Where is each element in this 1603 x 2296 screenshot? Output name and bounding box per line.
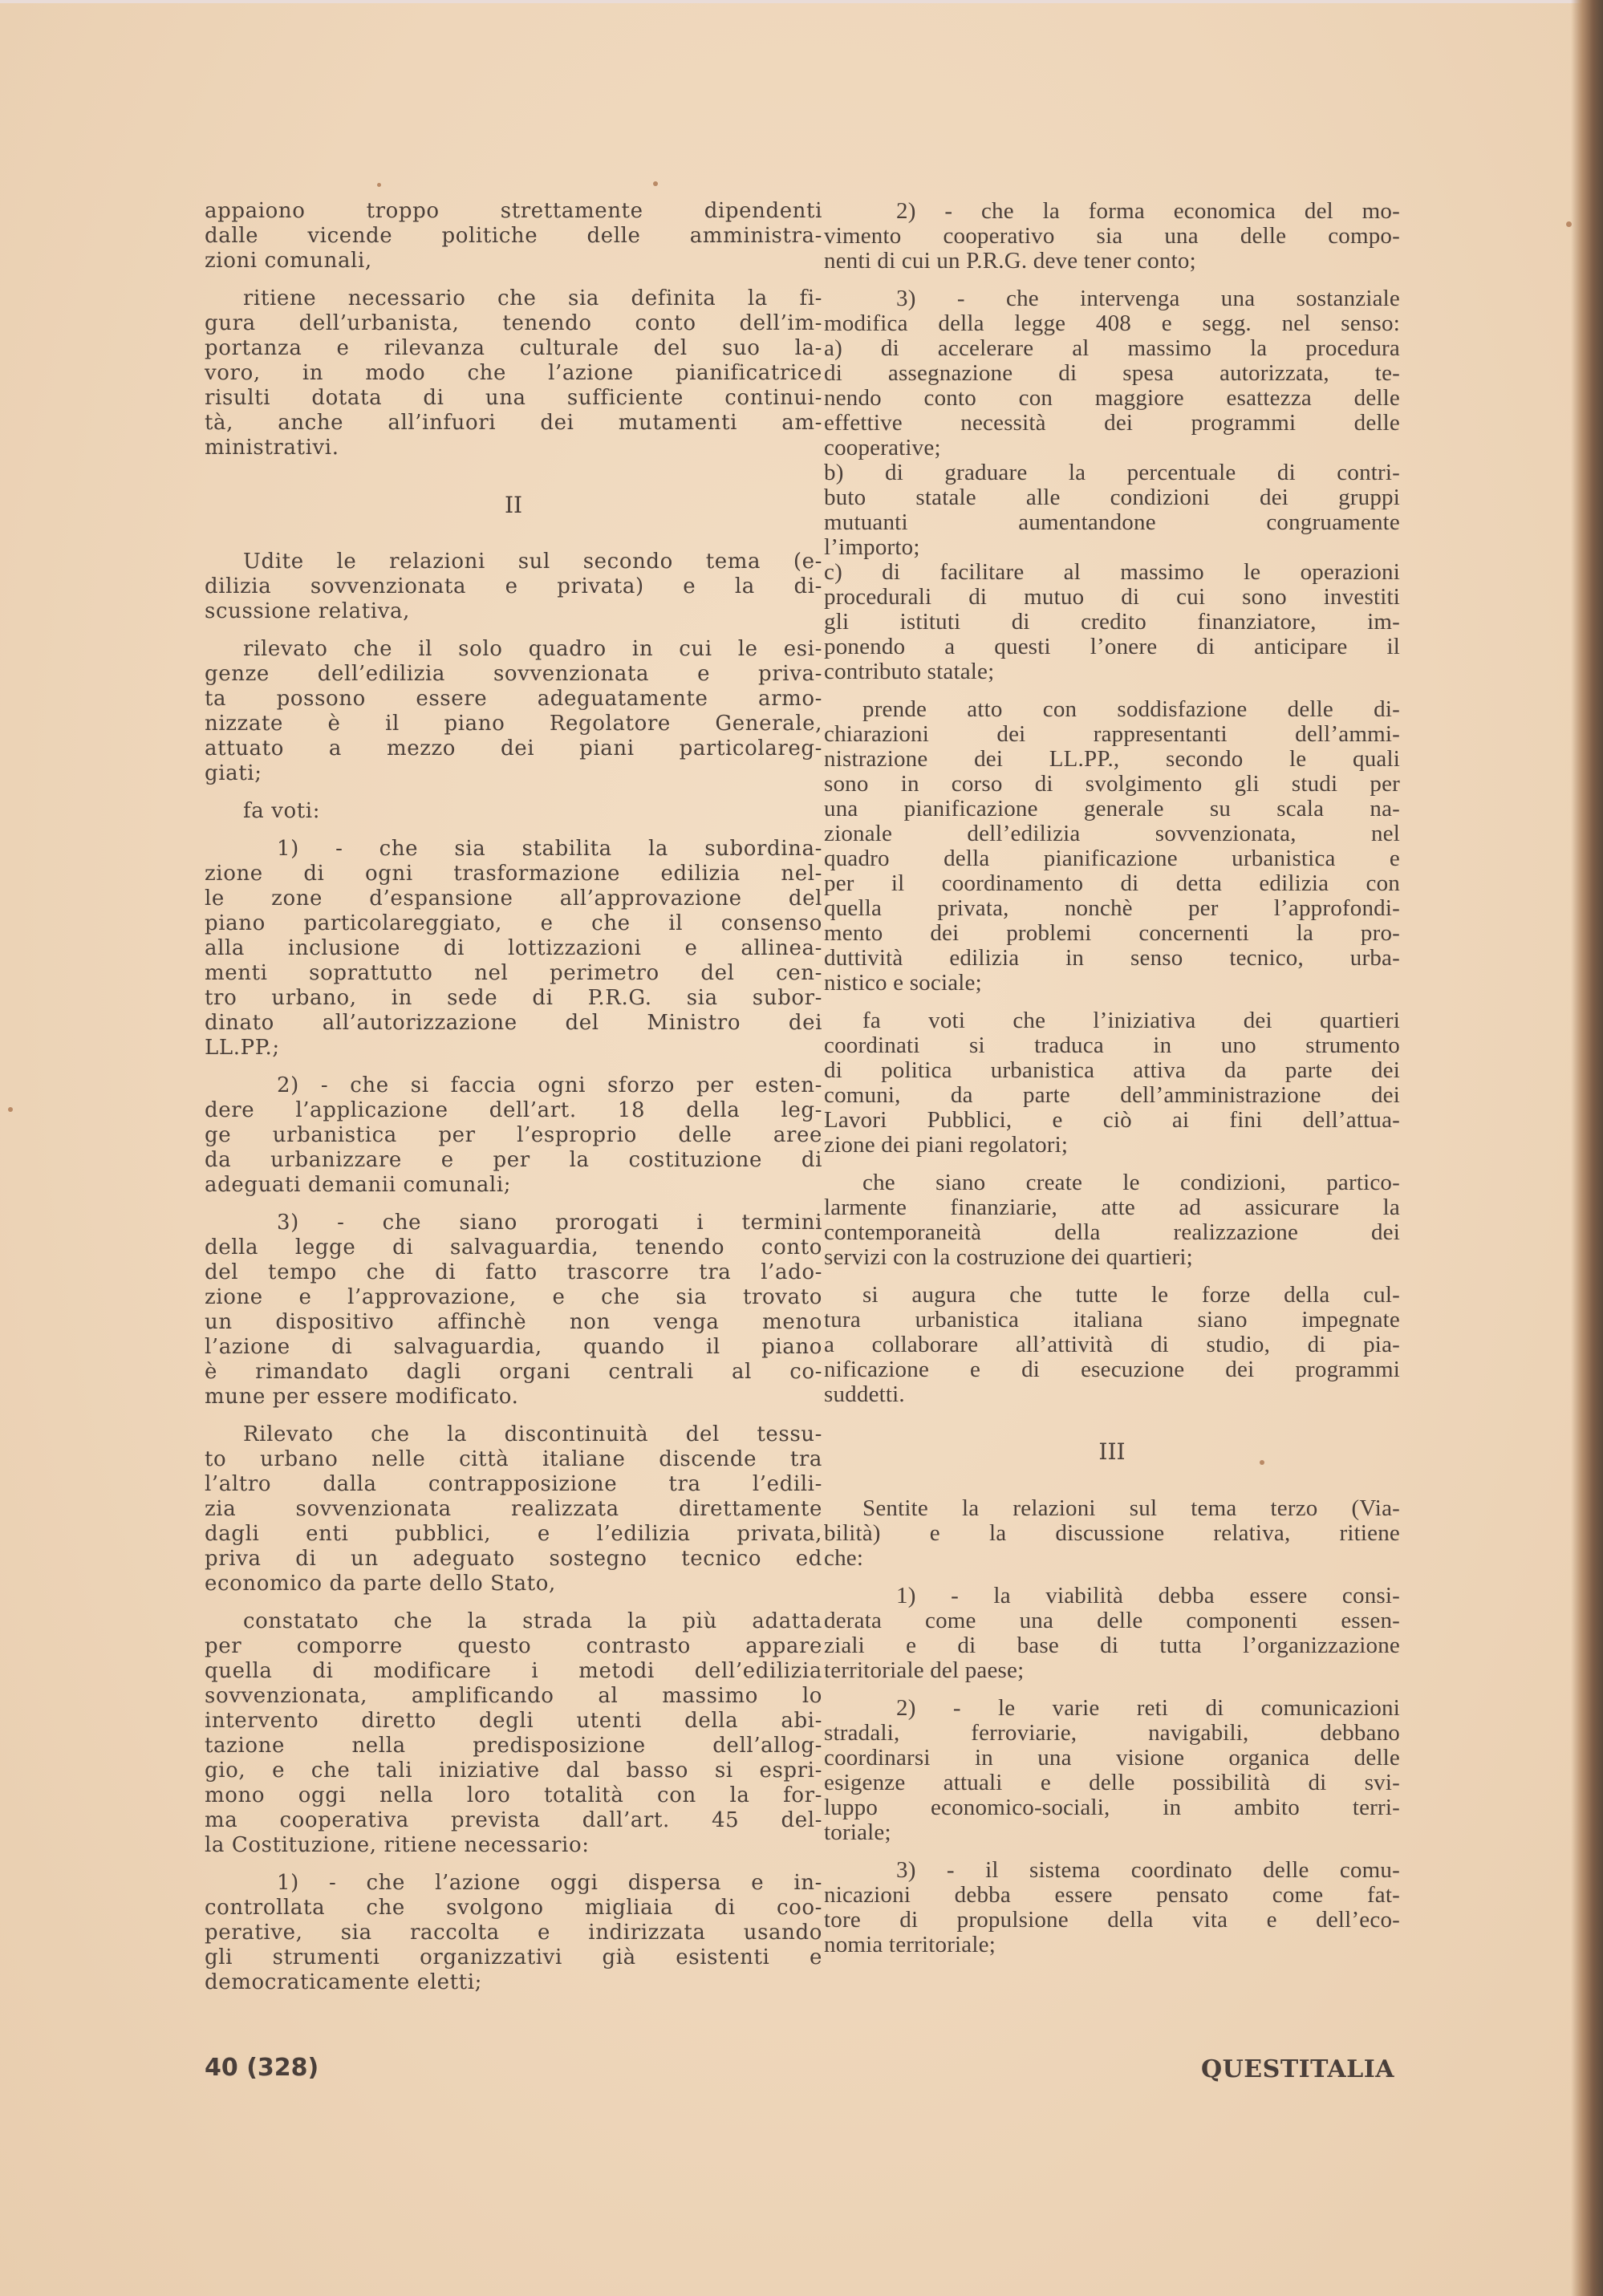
text-line: nenti di cui un P.R.G. deve tener conto; — [824, 249, 1400, 274]
text-line: a collaborare all’attività di studio, di… — [824, 1333, 1400, 1357]
text-line: dalle vicende politiche delle amministra… — [205, 224, 822, 249]
text-line: cooperative; — [824, 436, 1400, 460]
block-spacer — [824, 996, 1400, 1008]
text-line: mune per essere modificato. — [205, 1385, 822, 1410]
text-line: 2) - che si faccia ogni sforzo per esten… — [205, 1073, 822, 1098]
text-line: 3) - che intervenga una sostanziale — [824, 286, 1400, 311]
numbered-item: 1) - la viabilità debba essere consi-der… — [824, 1584, 1400, 1683]
text-line: 2) - che la forma economica del mo- — [824, 199, 1400, 224]
text-line: che siano create le condizioni, partico- — [824, 1170, 1400, 1195]
text-line: zioni comunali, — [205, 249, 822, 274]
block-spacer — [824, 1571, 1400, 1584]
text-line: fa voti: — [205, 799, 822, 824]
text-line: servizi con la costruzione dei quartieri… — [824, 1245, 1400, 1270]
text-line: gli istituti di credito finanziatore, im… — [824, 610, 1400, 635]
text-line: luppo economico-sociali, in ambito terri… — [824, 1795, 1400, 1820]
text-line: a) di accelerare al massimo la procedura — [824, 336, 1400, 361]
text-line: della legge di salvaguardia, tenendo con… — [205, 1235, 822, 1260]
text-line: dere l’applicazione dell’art. 18 della l… — [205, 1098, 822, 1123]
paper-speck — [8, 1107, 13, 1112]
text-line: gura dell’urbanista, tenendo conto dell’… — [205, 311, 822, 336]
text-line: ponendo a questi l’onere di anticipare i… — [824, 635, 1400, 659]
section-heading: III — [824, 1439, 1400, 1464]
paragraph: rilevato che il solo quadro in cui le es… — [205, 637, 822, 786]
paper-speck — [653, 181, 658, 186]
paragraph: Udite le relazioni sul secondo tema (e-d… — [205, 550, 822, 624]
text-line: gio, e che tali iniziative dal basso si … — [205, 1759, 822, 1783]
text-line: zione dei piani regolatori; — [824, 1133, 1400, 1158]
section-heading: II — [205, 493, 822, 517]
numbered-item: 2) - che si faccia ogni sforzo per esten… — [205, 1073, 822, 1198]
text-line: zionale dell’edilizia sovvenzionata, nel — [824, 821, 1400, 846]
text-line: appaiono troppo strettamente dipendenti — [205, 199, 822, 224]
text-line: c) di facilitare al massimo le operazion… — [824, 560, 1400, 585]
text-line: dagli enti pubblici, e l’edilizia privat… — [205, 1522, 822, 1547]
paragraph: fa voti: — [205, 799, 822, 824]
text-line: si augura che tutte le forze della cul- — [824, 1283, 1400, 1308]
text-line: 3) - il sistema coordinato delle comu- — [824, 1858, 1400, 1883]
text-line: nistrazione dei LL.PP., secondo le quali — [824, 747, 1400, 772]
block-spacer — [205, 1198, 822, 1211]
block-spacer — [824, 1845, 1400, 1858]
page-number: 40 (328) — [205, 2054, 319, 2082]
page-top-edge — [0, 0, 1603, 3]
paragraph: appaiono troppo strettamente dipendentid… — [205, 199, 822, 274]
block-spacer — [824, 1464, 1400, 1496]
right-text-column: 2) - che la forma economica del mo-vimen… — [824, 199, 1400, 1957]
text-line: ge urbanistica per l’esproprio delle are… — [205, 1123, 822, 1148]
text-line: di assegnazione di spesa autorizzata, te… — [824, 361, 1400, 386]
text-line: coordinarsi in una visione organica dell… — [824, 1746, 1400, 1771]
text-line: economico da parte dello Stato, — [205, 1572, 822, 1596]
text-line: scussione relativa, — [205, 599, 822, 624]
block-spacer — [205, 824, 822, 837]
text-line: b) di graduare la percentuale di contri- — [824, 460, 1400, 485]
text-line: che: — [824, 1546, 1400, 1571]
text-line: derata come una delle componenti essen- — [824, 1608, 1400, 1633]
text-line: buto statale alle condizioni dei gruppi — [824, 485, 1400, 510]
text-line: mutuanti aumentandone congruamente — [824, 510, 1400, 535]
text-line: mono oggi nella loro totalità con la for… — [205, 1783, 822, 1808]
text-line: LL.PP.; — [205, 1036, 822, 1061]
paragraph: constatato che la strada la più adattape… — [205, 1609, 822, 1858]
text-line: territoriale del paese; — [824, 1658, 1400, 1683]
text-line: adeguati demanii comunali; — [205, 1173, 822, 1198]
text-line: di politica urbanistica attiva da parte … — [824, 1058, 1400, 1083]
text-line: tore di propulsione della vita e dell’ec… — [824, 1908, 1400, 1933]
text-line: un dispositivo affinchè non venga meno — [205, 1310, 822, 1335]
text-line: ma cooperativa prevista dall’art. 45 del… — [205, 1808, 822, 1833]
block-spacer — [824, 1270, 1400, 1283]
paper-speck — [1260, 1460, 1264, 1465]
block-spacer — [824, 1683, 1400, 1696]
text-line: l’altro dalla contrapposizione tra l’edi… — [205, 1472, 822, 1497]
block-spacer — [205, 460, 822, 493]
text-line: nistico e sociale; — [824, 971, 1400, 996]
numbered-item: 2) - che la forma economica del mo-vimen… — [824, 199, 1400, 274]
text-line: attuato a mezzo dei piani particolareg- — [205, 736, 822, 761]
text-line: ta possono essere adeguatamente armo- — [205, 687, 822, 712]
text-line: quadro della pianificazione urbanistica … — [824, 846, 1400, 871]
paragraph: Rilevato che la discontinuità del tessu-… — [205, 1422, 822, 1596]
text-line: giati; — [205, 761, 822, 786]
text-line: zione di ogni trasformazione edilizia ne… — [205, 862, 822, 886]
text-line: l’azione di salvaguardia, quando il pian… — [205, 1335, 822, 1360]
block-spacer — [205, 1858, 822, 1871]
block-spacer — [205, 786, 822, 799]
text-line: zione e l’approvazione, e che sia trovat… — [205, 1285, 822, 1310]
text-line: sovvenzionata, amplificando al massimo l… — [205, 1684, 822, 1709]
text-line: piano particolareggiato, e che il consen… — [205, 911, 822, 936]
text-line: nicazioni debba essere pensato come fat- — [824, 1883, 1400, 1908]
text-line: vimento cooperativo sia una delle compo- — [824, 224, 1400, 249]
text-line: fa voti che l’iniziativa dei quartieri — [824, 1008, 1400, 1033]
text-line: coordinati si traduca in uno strumento — [824, 1033, 1400, 1058]
text-line: rilevato che il solo quadro in cui le es… — [205, 637, 822, 662]
text-line: ritiene necessario che sia definita la f… — [205, 286, 822, 311]
text-line: 3) - che siano prorogati i termini — [205, 1211, 822, 1235]
text-line: dinato all’autorizzazione del Ministro d… — [205, 1011, 822, 1036]
text-line: modifica della legge 408 e segg. nel sen… — [824, 311, 1400, 336]
text-line: 1) - la viabilità debba essere consi- — [824, 1584, 1400, 1608]
text-line: la Costituzione, ritiene necessario: — [205, 1833, 822, 1858]
block-spacer — [205, 1061, 822, 1073]
text-line: Lavori Pubblici, e ciò ai fini dell’attu… — [824, 1108, 1400, 1133]
block-spacer — [824, 274, 1400, 286]
text-line: 1) - che l’azione oggi dispersa e in- — [205, 1871, 822, 1896]
paragraph: ritiene necessario che sia definita la f… — [205, 286, 822, 460]
text-line: le zone d’espansione all’approvazione de… — [205, 886, 822, 911]
text-line: tà, anche all’infuori dei mutamenti am- — [205, 411, 822, 436]
text-line: comuni, da parte dell’amministrazione de… — [824, 1083, 1400, 1108]
text-line: ministrativi. — [205, 436, 822, 460]
numbered-item: 3) - il sistema coordinato delle comu-ni… — [824, 1858, 1400, 1957]
block-spacer — [824, 1407, 1400, 1439]
text-line: quella di modificare i metodi dell’edili… — [205, 1659, 822, 1684]
text-line: alla inclusione di lottizzazioni e allin… — [205, 936, 822, 961]
text-line: quella privata, nonchè per l’approfondi- — [824, 896, 1400, 921]
text-line: suddetti. — [824, 1382, 1400, 1407]
text-line: è rimandato dagli organi centrali al co- — [205, 1360, 822, 1385]
text-line: per comporre questo contrasto appare — [205, 1634, 822, 1659]
text-line: nificazione e di esecuzione dei programm… — [824, 1357, 1400, 1382]
text-line: tro urbano, in sede di P.R.G. sia subor- — [205, 986, 822, 1011]
publication-name: QUESTITALIA — [1201, 2055, 1394, 2083]
left-text-column: appaiono troppo strettamente dipendentid… — [205, 199, 822, 1995]
text-line: del tempo che di fatto trascorre tra l’a… — [205, 1260, 822, 1285]
text-line: l’importo; — [824, 535, 1400, 560]
block-spacer — [824, 684, 1400, 697]
paragraph: Sentite la relazioni sul tema terzo (Via… — [824, 1496, 1400, 1571]
numbered-item: 1) - che l’azione oggi dispersa e in-con… — [205, 1871, 822, 1995]
text-line: Rilevato che la discontinuità del tessu- — [205, 1422, 822, 1447]
text-line: bilità) e la discussione relativa, ritie… — [824, 1521, 1400, 1546]
paper-speck — [1566, 221, 1572, 227]
block-spacer — [205, 274, 822, 286]
paper-speck — [377, 183, 381, 187]
text-line: controllata che svolgono migliaia di coo… — [205, 1896, 822, 1921]
text-line: perative, sia raccolta e indirizzata usa… — [205, 1921, 822, 1945]
block-spacer — [205, 624, 822, 637]
text-line: voro, in modo che l’azione pianificatric… — [205, 361, 822, 386]
text-line: per il coordinamento di detta edilizia c… — [824, 871, 1400, 896]
text-line: tura urbanistica italiana siano impegnat… — [824, 1308, 1400, 1333]
text-line: intervento diretto degli utenti della ab… — [205, 1709, 822, 1734]
text-line: to urbano nelle città italiane discende … — [205, 1447, 822, 1472]
text-line: da urbanizzare e per la costituzione di — [205, 1148, 822, 1173]
text-line: nendo conto con maggiore esattezza delle — [824, 386, 1400, 411]
block-spacer — [205, 1410, 822, 1422]
text-line: larmente finanziarie, atte ad assicurare… — [824, 1195, 1400, 1220]
text-line: nomia territoriale; — [824, 1933, 1400, 1957]
text-line: democraticamente eletti; — [205, 1970, 822, 1995]
text-line: priva di un adeguato sostegno tecnico ed — [205, 1547, 822, 1572]
text-line: effettive necessità dei programmi delle — [824, 411, 1400, 436]
text-line: chiarazioni dei rappresentanti dell’ammi… — [824, 722, 1400, 747]
text-line: nizzate è il piano Regolatore Generale, — [205, 712, 822, 736]
numbered-item: 2) - le varie reti di comunicazionistrad… — [824, 1696, 1400, 1845]
paragraph: si augura che tutte le forze della cul-t… — [824, 1283, 1400, 1407]
paragraph: fa voti che l’iniziativa dei quartierico… — [824, 1008, 1400, 1158]
block-spacer — [205, 1596, 822, 1609]
text-line: contemporaneità della realizzazione dei — [824, 1220, 1400, 1245]
text-line: genze dell’edilizia sovvenzionata e priv… — [205, 662, 822, 687]
text-line: risulti dotata di una sufficiente contin… — [205, 386, 822, 411]
text-line: zia sovvenzionata realizzata direttament… — [205, 1497, 822, 1522]
page-binding-shadow — [1571, 0, 1603, 2296]
text-line: esigenze attuali e delle possibilità di … — [824, 1771, 1400, 1795]
text-line: sono in corso di svolgimento gli studi p… — [824, 772, 1400, 797]
text-line: menti soprattutto nel perimetro del cen- — [205, 961, 822, 986]
text-line: mento dei problemi concernenti la pro- — [824, 921, 1400, 946]
text-line: gli strumenti organizzativi già esistent… — [205, 1945, 822, 1970]
text-line: toriale; — [824, 1820, 1400, 1845]
text-line: una pianificazione generale su scala na- — [824, 797, 1400, 821]
text-line: stradali, ferroviarie, navigabili, debba… — [824, 1721, 1400, 1746]
block-spacer — [205, 517, 822, 550]
text-line: constatato che la strada la più adatta — [205, 1609, 822, 1634]
text-line: contributo statale; — [824, 659, 1400, 684]
text-line: dilizia sovvenzionata e privata) e la di… — [205, 574, 822, 599]
numbered-item: 3) - che siano prorogati i terminidella … — [205, 1211, 822, 1410]
paragraph: che siano create le condizioni, partico-… — [824, 1170, 1400, 1270]
text-line: 1) - che sia stabilita la subordina- — [205, 837, 822, 862]
paragraph: prende atto con soddisfazione delle di-c… — [824, 697, 1400, 996]
text-line: Udite le relazioni sul secondo tema (e- — [205, 550, 822, 574]
text-line: ziali e di base di tutta l’organizzazion… — [824, 1633, 1400, 1658]
numbered-item: 3) - che intervenga una sostanzialemodif… — [824, 286, 1400, 684]
numbered-item: 1) - che sia stabilita la subordina-zion… — [205, 837, 822, 1061]
text-line: prende atto con soddisfazione delle di- — [824, 697, 1400, 722]
text-line: 2) - le varie reti di comunicazioni — [824, 1696, 1400, 1721]
text-line: duttività edilizia in senso tecnico, urb… — [824, 946, 1400, 971]
block-spacer — [824, 1158, 1400, 1170]
text-line: tazione nella predisposizione dell’allog… — [205, 1734, 822, 1759]
text-line: procedurali di mutuo di cui sono investi… — [824, 585, 1400, 610]
text-line: Sentite la relazioni sul tema terzo (Via… — [824, 1496, 1400, 1521]
text-line: portanza e rilevanza culturale del suo l… — [205, 336, 822, 361]
